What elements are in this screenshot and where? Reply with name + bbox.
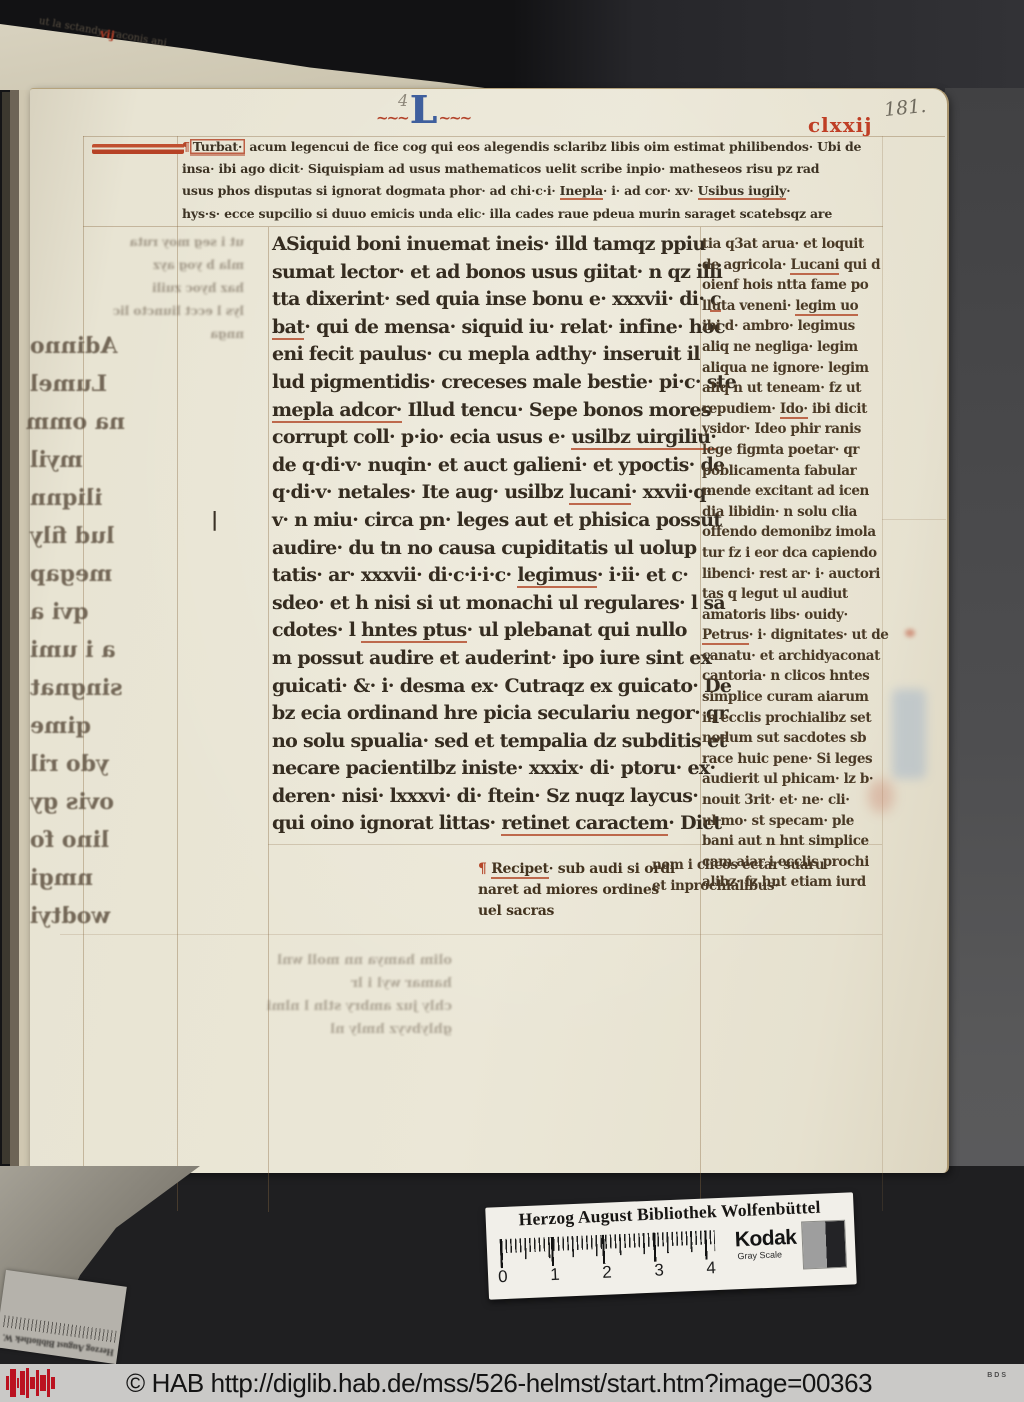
digitized-manuscript-photo: ut la sctandyz raconis ani vij AdinnoLum… <box>0 0 1024 1402</box>
folio-number-pencil: 181. <box>883 95 927 121</box>
page-stack-edge <box>2 92 10 1164</box>
bleedthrough-text-left: AdinnoLumelna ommmyililiqnnlud filymegap… <box>30 327 125 935</box>
hab-digitization-logo <box>6 1367 58 1399</box>
ruling-line <box>83 226 883 227</box>
ruling-line <box>882 136 883 1211</box>
grayscale-label: Gray Scale <box>737 1249 782 1261</box>
manuscript-page: AdinnoLumelna ommmyililiqnnlud filymegap… <box>30 88 949 1173</box>
kodak-grayscale-card: Herzog August Bibliothek Wolfenbüttel 01… <box>485 1192 857 1299</box>
red-ink-spot <box>905 629 915 637</box>
page-stack-edge <box>10 90 19 1166</box>
fragment-rubric: vij <box>99 27 116 42</box>
corner-code: BDS <box>987 1372 1008 1379</box>
ruler: 01234 <box>497 1230 727 1288</box>
header-text-block: ¶Turbat· acum legencui de fice cog qui e… <box>182 136 894 225</box>
main-text-block: ASiquid boni inuemat ineis· illd tamqz p… <box>272 231 742 838</box>
ruling-line <box>268 227 269 1212</box>
red-flourish: ~~~ <box>438 109 470 127</box>
bleedthrough-blue-initial <box>892 689 926 779</box>
running-title-ornament: ~~~L~~~ <box>376 91 470 129</box>
mirrored-grayscale-card: Herzog August Bibliothek W. <box>0 1270 127 1364</box>
bleedthrough-text-bottom: olim hamya nn moll wnlhamar wyl i lrchly… <box>122 949 452 1041</box>
running-title-letter: L <box>408 87 439 132</box>
folio-number-red: clxxij <box>808 113 872 137</box>
copyright-url-text: © HAB http://diglib.hab.de/mss/526-helms… <box>126 1364 872 1402</box>
ruling-line <box>882 519 946 520</box>
margin-pen-stroke: | <box>211 507 218 531</box>
marginal-gloss-column: tia q3at arua· et loquitde agricola· Luc… <box>702 234 882 893</box>
bleedthrough-text-mid: ut i seg moy rutamla b yog ayzhaz hyoc z… <box>96 231 244 346</box>
bottom-note: ¶ Recipet· sub audi si ordinaret ad mior… <box>478 859 698 922</box>
pencil-mark: 4 <box>398 91 408 110</box>
red-ornament-band <box>92 144 184 154</box>
gray-calibration-patch <box>802 1221 846 1269</box>
kodak-logo-text: Kodak <box>734 1227 797 1251</box>
backdrop-right <box>945 88 1024 1172</box>
caption-bar: © HAB http://diglib.hab.de/mss/526-helms… <box>0 1364 1024 1402</box>
ruling-line <box>60 934 882 935</box>
red-flourish: ~~~ <box>376 109 408 127</box>
